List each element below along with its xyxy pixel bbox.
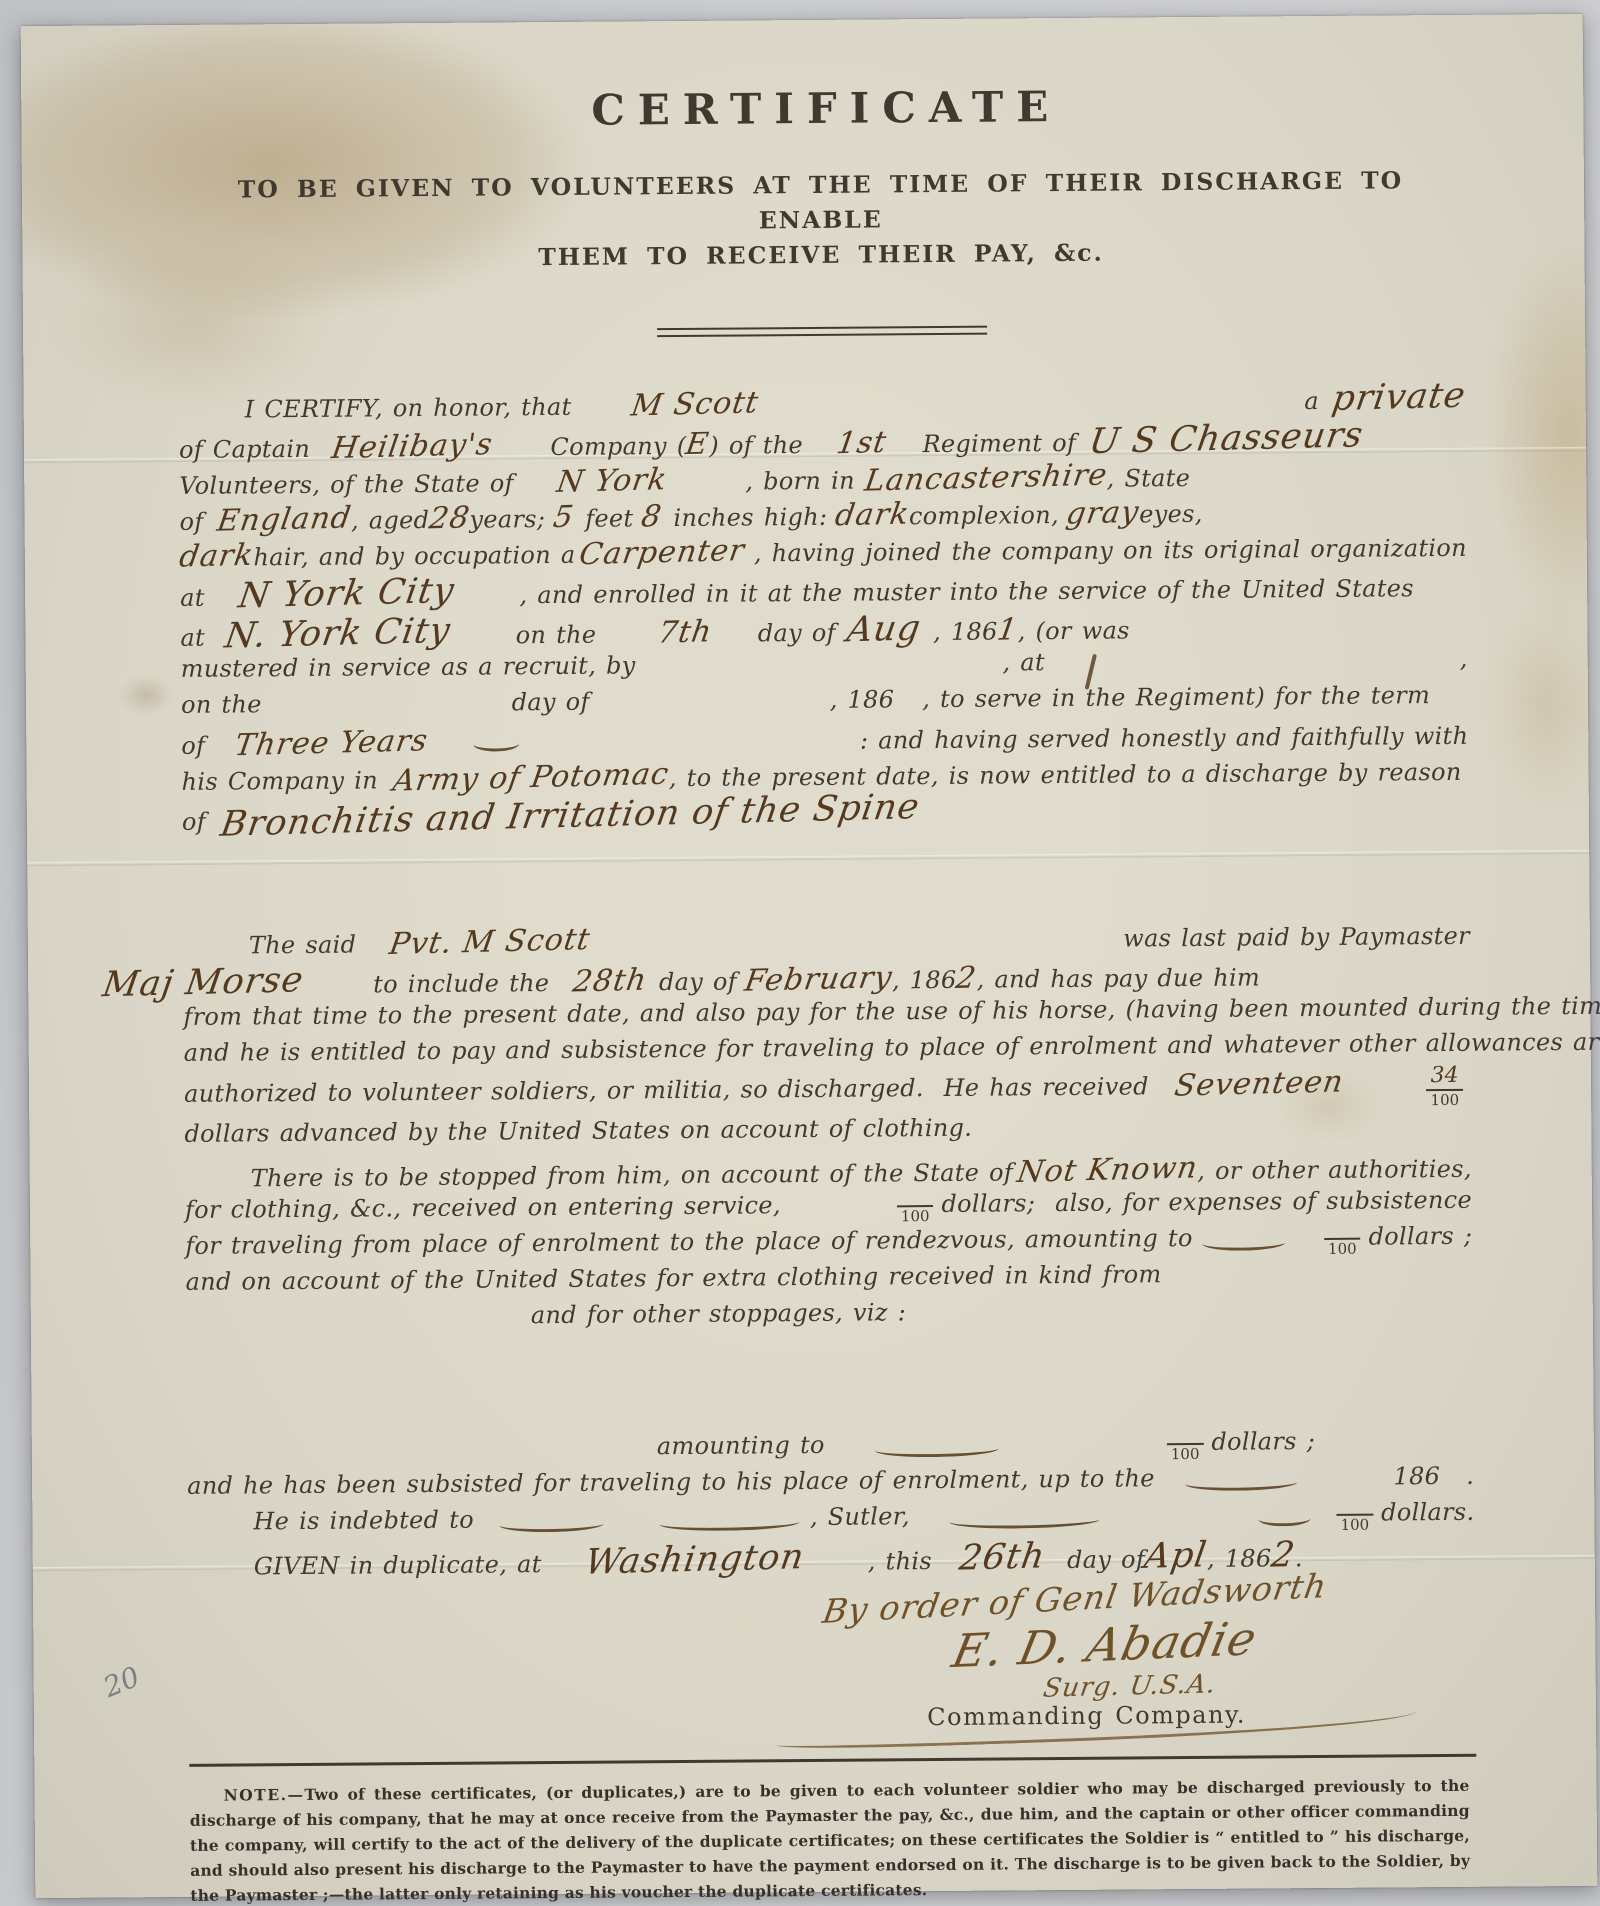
printed-text: , and enrolled in it at the muster into … <box>519 574 1414 609</box>
printed-text: , 186 <box>830 685 895 714</box>
printed-text: dollars; also, for expenses of subsisten… <box>941 1186 1472 1218</box>
printed-text: amounting to <box>657 1431 825 1460</box>
blank-space <box>1296 1243 1316 1245</box>
handwritten-entry: Pvt. M Scott <box>387 922 593 962</box>
handwritten-entry: gray <box>1064 495 1142 532</box>
printed-text: day of <box>659 968 737 997</box>
printed-text: years; <box>469 505 545 534</box>
blank-space <box>205 644 225 646</box>
handwritten-entry: dark <box>177 538 256 575</box>
printed-text: day of <box>512 688 590 717</box>
blank-space <box>474 1526 490 1528</box>
blank-space <box>1440 1482 1466 1484</box>
printed-text: for clothing, &c., received on entering … <box>185 1191 781 1224</box>
fraction-denominator: 100 <box>1336 1514 1373 1533</box>
fraction-denominator: 100 <box>897 1205 934 1224</box>
blank-space <box>530 749 860 752</box>
cents-fraction: 100 <box>1336 1514 1373 1533</box>
printed-text: on the <box>181 690 262 719</box>
printed-text: , State <box>1106 464 1190 493</box>
blank-space <box>1045 668 1089 670</box>
blank-space <box>303 990 373 993</box>
printed-text: , at <box>1002 648 1045 676</box>
printed-text: Volunteers, of the State of <box>179 469 514 500</box>
ink-dash <box>1258 1511 1310 1527</box>
handwritten-entry: Lancastershire <box>862 458 1110 499</box>
printed-text: dollars ; <box>1368 1222 1472 1251</box>
printed-text: There is to be stopped from him, on acco… <box>251 1158 1014 1192</box>
blank-space <box>887 450 923 452</box>
handwritten-entry: Army of Potomac <box>391 757 672 799</box>
printed-text: was last paid by Paymaster <box>1123 922 1470 953</box>
blank-space <box>825 1451 865 1453</box>
certificate-body: I CERTIFY, on honor, thatM Scottaprivate… <box>179 377 1475 1584</box>
divider-double-rule <box>657 326 987 338</box>
footnote: NOTE.—Two of these certificates, (or dup… <box>189 1772 1470 1906</box>
printed-text: , <box>1460 645 1468 673</box>
handwritten-entry: Maj Morse <box>100 960 307 1005</box>
printed-text: 186 <box>1393 1462 1440 1490</box>
printed-text: ) of the <box>709 431 803 460</box>
ink-dash <box>1185 1475 1297 1492</box>
printed-text: authorized to volunteer soldiers, or mil… <box>184 1072 1149 1108</box>
printed-text: , Sutler, <box>810 1502 910 1531</box>
signature-block: By order of Genl WadsworthE. D. AbadieSu… <box>188 1576 1476 1739</box>
printed-text: a <box>1304 387 1319 415</box>
printed-text: mustered in service as a recruit, by <box>181 651 636 683</box>
handwritten-entry: Apl <box>1142 1535 1210 1577</box>
blank-space <box>356 950 390 952</box>
handwritten-entry: England <box>215 500 354 538</box>
signature-line: E. D. Abadie <box>954 1617 1255 1673</box>
printed-text: Company ( <box>550 432 686 461</box>
blank-space <box>932 1567 960 1569</box>
handwritten-entry: 1st <box>834 425 889 461</box>
cents-fraction: 100 <box>897 1205 934 1224</box>
ink-dash <box>500 1516 604 1533</box>
handwritten-entry: Surg. U.S.A. <box>1041 1669 1218 1703</box>
fraction-denominator: 100 <box>1426 1089 1463 1108</box>
printed-text: , aged <box>351 506 430 535</box>
ink-dash <box>950 1512 1100 1530</box>
printed-text: on the <box>516 621 597 650</box>
printed-text: GIVEN in duplicate, at <box>254 1550 542 1580</box>
blank-space <box>910 1522 940 1524</box>
handwritten-entry: 8 <box>639 499 664 535</box>
blank-space <box>1009 1448 1159 1451</box>
handwritten-entry: N. York City <box>222 611 453 657</box>
blank-space <box>1155 1484 1175 1486</box>
blank-space <box>205 751 235 753</box>
printed-text: dollars advanced by the United States on… <box>184 1114 972 1148</box>
printed-text: at <box>180 584 205 612</box>
printed-text: , or other authorities, <box>1197 1155 1472 1185</box>
printed-text: The said <box>249 931 357 960</box>
printed-text: hair, and by occupation a <box>253 541 575 572</box>
blank-space <box>549 989 573 991</box>
cents-fraction: 34100 <box>1426 1065 1463 1108</box>
blank-space <box>450 641 516 644</box>
handwritten-entry: 7th <box>656 614 715 650</box>
printed-text: , to the present date, is now entitled t… <box>669 758 1462 792</box>
ink-dash <box>1203 1235 1286 1252</box>
blank-space <box>493 453 551 455</box>
ink-dash <box>660 1514 800 1532</box>
printed-text: inches high: <box>673 503 827 532</box>
printed-text: of Captain <box>179 435 310 464</box>
printed-text: of <box>181 732 205 760</box>
blank-space <box>803 451 837 453</box>
handwritten-entry: Seventeen <box>1172 1064 1346 1103</box>
printed-text: his Company in <box>182 766 379 796</box>
blank-space <box>542 1570 586 1572</box>
blank-space <box>712 639 758 641</box>
blank-space <box>894 705 922 707</box>
blank-space <box>662 524 674 526</box>
blank-space <box>514 489 558 491</box>
blank-space <box>262 708 512 712</box>
note-rule <box>189 1754 1476 1767</box>
printed-text: day of <box>1067 1545 1145 1574</box>
certificate-document: CERTIFICATE TO BE GIVEN TO VOLUNTEERS AT… <box>21 14 1598 1898</box>
ink-dash <box>473 736 519 752</box>
printed-text: He is indebted to <box>253 1506 474 1536</box>
blank-space <box>1307 1484 1394 1485</box>
blank-space <box>667 487 745 490</box>
blank-space <box>590 706 830 710</box>
handwritten-entry: U S Chasseurs <box>1087 415 1367 462</box>
blank-space <box>428 750 464 752</box>
signature-line: Surg. U.S.A. <box>1043 1671 1215 1702</box>
handwritten-entry: 28 <box>427 500 473 536</box>
ink-dash <box>875 1441 999 1458</box>
blank-space <box>1343 1092 1418 1093</box>
handwritten-entry: private <box>1330 376 1469 419</box>
cents-fraction: 100 <box>1167 1443 1204 1462</box>
certificate-subtitle: TO BE GIVEN TO VOLUNTEERS AT THE TIME OF… <box>177 163 1465 278</box>
handwritten-entry: E <box>684 427 712 463</box>
handwritten-entry: February <box>742 960 895 999</box>
blank-space <box>1149 1092 1175 1094</box>
printed-text: , born in <box>745 467 855 496</box>
blank-space <box>573 525 585 527</box>
printed-text: to include the <box>373 969 549 998</box>
printed-text: , 186 <box>892 966 957 995</box>
printed-text: , 186 <box>933 618 998 647</box>
handwritten-entry: 28th <box>571 963 650 1000</box>
handwritten-entry: Carpenter <box>577 533 747 572</box>
blank-space <box>1045 1566 1067 1568</box>
printed-text: of <box>182 808 206 836</box>
blank-space <box>590 947 1123 951</box>
blank-space <box>614 1524 650 1526</box>
blank-space <box>205 603 239 605</box>
fraction-numerator: 34 <box>1431 1065 1459 1087</box>
printed-text: , to serve in the Regiment) for the term <box>922 681 1430 713</box>
printed-text: day of <box>758 619 836 648</box>
blank-space <box>921 638 933 640</box>
blank-space <box>758 409 1304 413</box>
printed-text: eyes, <box>1139 500 1203 528</box>
fraction-denominator: 100 <box>1167 1443 1204 1462</box>
handwritten-entry: 5 <box>550 500 575 536</box>
printed-text: : and having served honestly and faithfu… <box>860 722 1469 755</box>
cents-fraction: 100 <box>1324 1238 1361 1257</box>
blank-space <box>745 559 754 561</box>
photograph-backdrop: CERTIFICATE TO BE GIVEN TO VOLUNTEERS AT… <box>0 0 1600 1906</box>
footnote-text: Two of these certificates, (or duplicate… <box>190 1775 1471 1904</box>
certificate-content: CERTIFICATE TO BE GIVEN TO VOLUNTEERS AT… <box>21 14 1598 1898</box>
blank-space <box>804 1568 868 1571</box>
blank-space <box>1110 1522 1249 1523</box>
printed-text: complexion, <box>909 501 1059 530</box>
blank-space <box>1093 667 1460 670</box>
handwritten-entry: 1 <box>995 612 1020 648</box>
handwritten-entry: Aug <box>845 608 924 650</box>
blank-space <box>572 412 632 414</box>
handwritten-entry: 2 <box>954 960 979 996</box>
printed-text: , (or was <box>1018 616 1130 645</box>
handwritten-entry: dark <box>833 497 912 534</box>
printed-text: , having joined the company on its origi… <box>754 534 1467 568</box>
printed-text: dollars. <box>1381 1498 1475 1527</box>
blank-space <box>596 640 658 642</box>
printed-text: Regiment of <box>922 429 1076 458</box>
handwritten-entry: Washington <box>582 1537 807 1583</box>
printed-text: dollars ; <box>1211 1427 1315 1456</box>
printed-text: at <box>180 624 205 652</box>
subtitle-line-1: TO BE GIVEN TO VOLUNTEERS AT THE TIME OF… <box>177 163 1465 243</box>
blank-space <box>1321 1519 1329 1521</box>
printed-text: . <box>1466 1462 1474 1490</box>
footnote-label: NOTE.— <box>223 1784 304 1804</box>
blank-space <box>647 988 659 990</box>
handwritten-entry: Three Years <box>232 723 430 763</box>
printed-text: , and has pay due him <box>976 963 1260 993</box>
certificate-title: CERTIFICATE <box>176 79 1463 139</box>
blank-space <box>636 670 1003 673</box>
blank-space <box>310 455 332 457</box>
blank-space <box>454 601 520 604</box>
handwritten-entry: N York City <box>235 571 456 616</box>
handwritten-entry: Heilibay's <box>329 427 495 466</box>
blank-space <box>781 1212 889 1213</box>
printed-text: I CERTIFY, on honor, that <box>245 393 572 424</box>
printed-text: of <box>179 508 203 536</box>
printed-text: and for other stoppages, viz : <box>531 1298 906 1329</box>
handwritten-entry: M Scott <box>629 385 761 423</box>
fraction-denominator: 100 <box>1324 1238 1361 1257</box>
printed-text: , this <box>868 1547 932 1576</box>
handwritten-entry: 26th <box>957 1536 1048 1578</box>
printed-text: feet <box>585 504 633 532</box>
handwritten-entry: Not Known <box>1015 1150 1200 1190</box>
handwritten-entry: N York <box>555 462 670 500</box>
